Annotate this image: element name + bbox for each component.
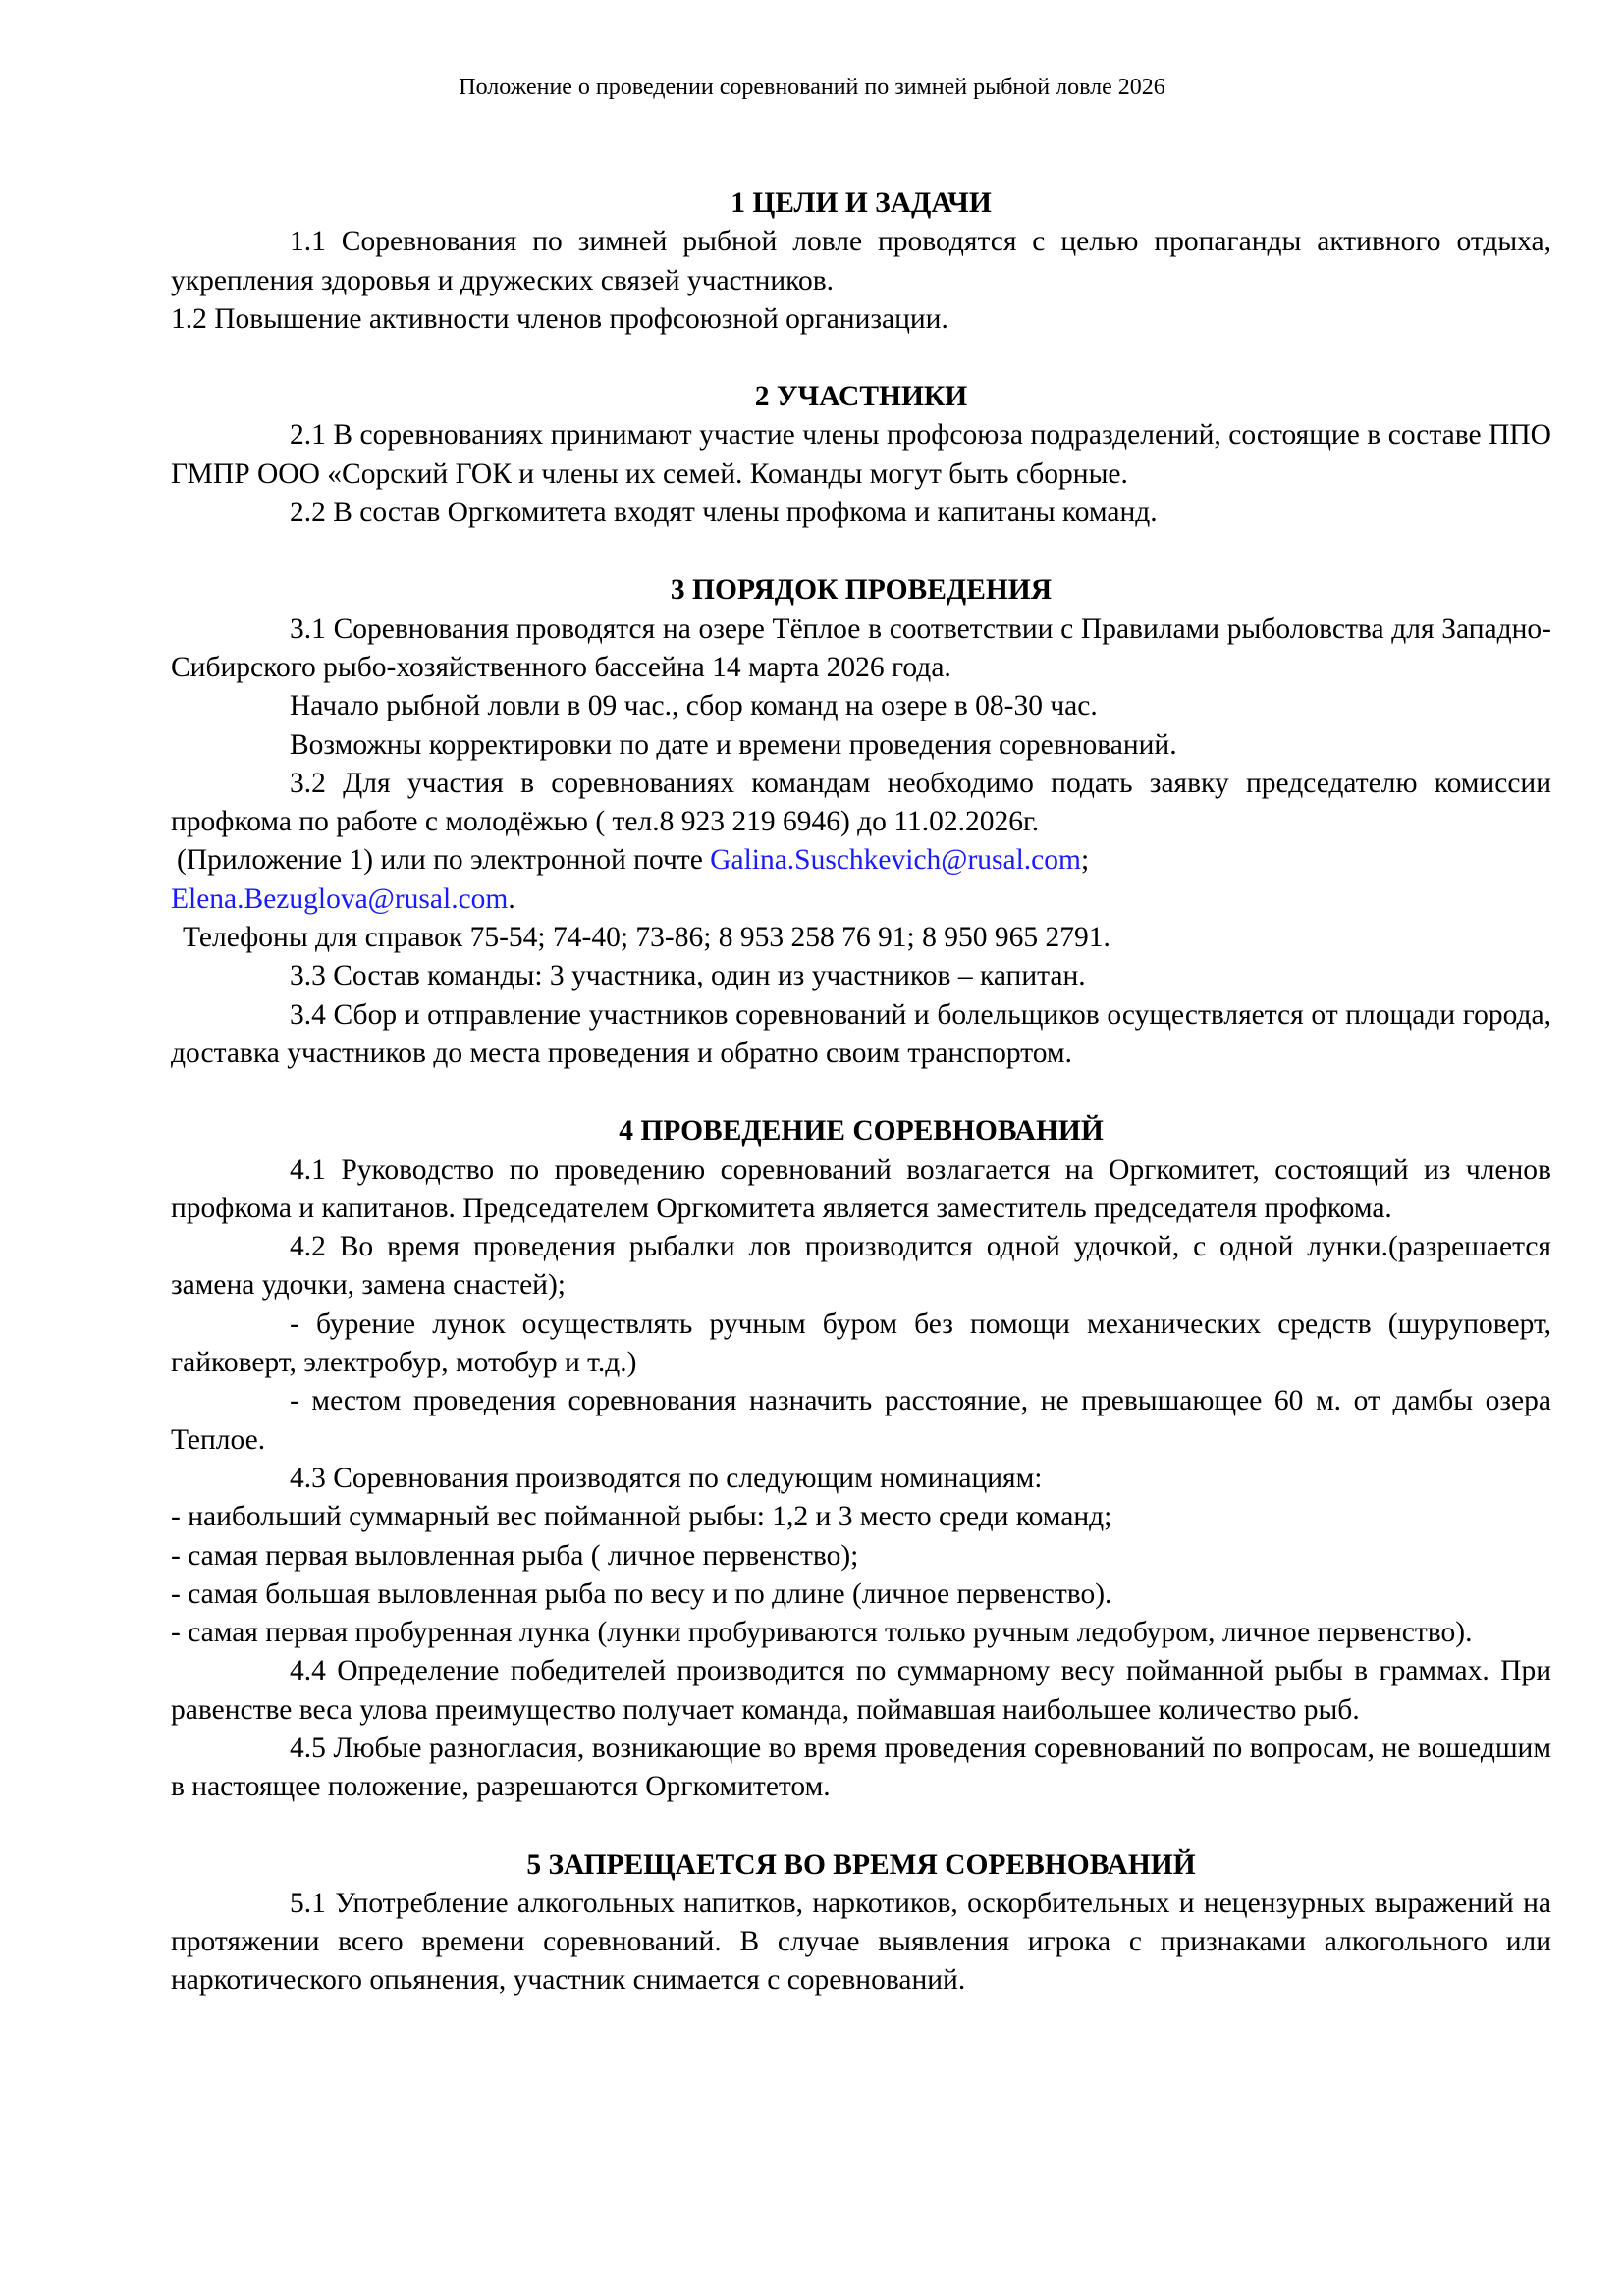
email-link-galina[interactable]: Galina.Suschkevich@rusal.com [710, 844, 1081, 876]
paragraph-corrections: Возможны корректировки по дате и времени… [171, 726, 1551, 765]
section-procedure: 3 ПОРЯДОК ПРОВЕДЕНИЯ 3.1 Соревнования пр… [171, 571, 1551, 1073]
nomination-item: - самая первая выловленная рыба ( личное… [171, 1537, 1551, 1575]
section-participants: 2 УЧАСТНИКИ 2.1 В соревнованиях принимаю… [171, 378, 1551, 532]
section-conduct: 4 ПРОВЕДЕНИЕ СОРЕВНОВАНИЙ 4.1 Руководств… [171, 1112, 1551, 1806]
paragraph-2-1: 2.1 В соревнованиях принимают участие чл… [171, 416, 1551, 494]
section-prohibited: 5 ЗАПРЕЩАЕТСЯ ВО ВРЕМЯ СОРЕВНОВАНИЙ 5.1 … [171, 1846, 1551, 2001]
section-title: 5 ЗАПРЕЩАЕТСЯ ВО ВРЕМЯ СОРЕВНОВАНИЙ [171, 1846, 1551, 1885]
document-body: 1 ЦЕЛИ И ЗАДАЧИ 1.1 Соревнования по зимн… [171, 185, 1551, 2001]
paragraph-4-3: 4.3 Соревнования производятся по следующ… [171, 1460, 1551, 1498]
nomination-item: - наибольший суммарный вес пойманной рыб… [171, 1498, 1551, 1536]
paragraph-2-2: 2.2 В состав Оргкомитета входят члены пр… [171, 494, 1551, 532]
nomination-item: - самая первая пробуренная лунка (лунки … [171, 1614, 1551, 1652]
paragraph-1-2: 1.2 Повышение активности членов профсоюз… [171, 300, 1551, 339]
paragraph-4-4: 4.4 Определение победителей производится… [171, 1652, 1551, 1730]
phones-line: Телефоны для справок 75-54; 74-40; 73-86… [171, 919, 1551, 957]
section-title: 2 УЧАСТНИКИ [171, 378, 1551, 416]
paragraph-3-3: 3.3 Состав команды: 3 участника, один из… [171, 957, 1551, 995]
section-goals: 1 ЦЕЛИ И ЗАДАЧИ 1.1 Соревнования по зимн… [171, 185, 1551, 339]
paragraph-3-4: 3.4 Сбор и отправление участников соревн… [171, 996, 1551, 1074]
contact-prefix: (Приложение 1) или по электронной почте [177, 844, 710, 876]
contact-separator: ; [1081, 844, 1089, 876]
section-title: 4 ПРОВЕДЕНИЕ СОРЕВНОВАНИЙ [171, 1112, 1551, 1150]
section-title: 1 ЦЕЛИ И ЗАДАЧИ [171, 185, 1551, 223]
paragraph-5-1: 5.1 Употребление алкогольных напитков, н… [171, 1885, 1551, 2001]
rule-drilling: - бурение лунок осуществлять ручным буро… [171, 1306, 1551, 1383]
page-header: Положение о проведении соревнований по з… [0, 73, 1624, 102]
section-title: 3 ПОРЯДОК ПРОВЕДЕНИЯ [171, 571, 1551, 610]
nomination-item: - самая большая выловленная рыба по весу… [171, 1575, 1551, 1614]
paragraph-4-2: 4.2 Во время проведения рыбалки лов прои… [171, 1228, 1551, 1306]
contact-suffix: . [508, 883, 514, 915]
rule-location: - местом проведения соревнования назначи… [171, 1382, 1551, 1460]
contact-line: (Приложение 1) или по электронной почте … [171, 841, 1551, 919]
paragraph-3-1: 3.1 Соревнования проводятся на озере Тёп… [171, 611, 1551, 688]
paragraph-1-1: 1.1 Соревнования по зимней рыбной ловле … [171, 223, 1551, 300]
paragraph-3-2: 3.2 Для участия в соревнованиях командам… [171, 765, 1551, 842]
paragraph-4-5: 4.5 Любые разногласия, возникающие во вр… [171, 1730, 1551, 1807]
paragraph-start-time: Начало рыбной ловли в 09 час., сбор кома… [171, 687, 1551, 725]
email-link-elena[interactable]: Elena.Bezuglova@rusal.com [171, 883, 508, 915]
paragraph-4-1: 4.1 Руководство по проведению соревнован… [171, 1151, 1551, 1229]
